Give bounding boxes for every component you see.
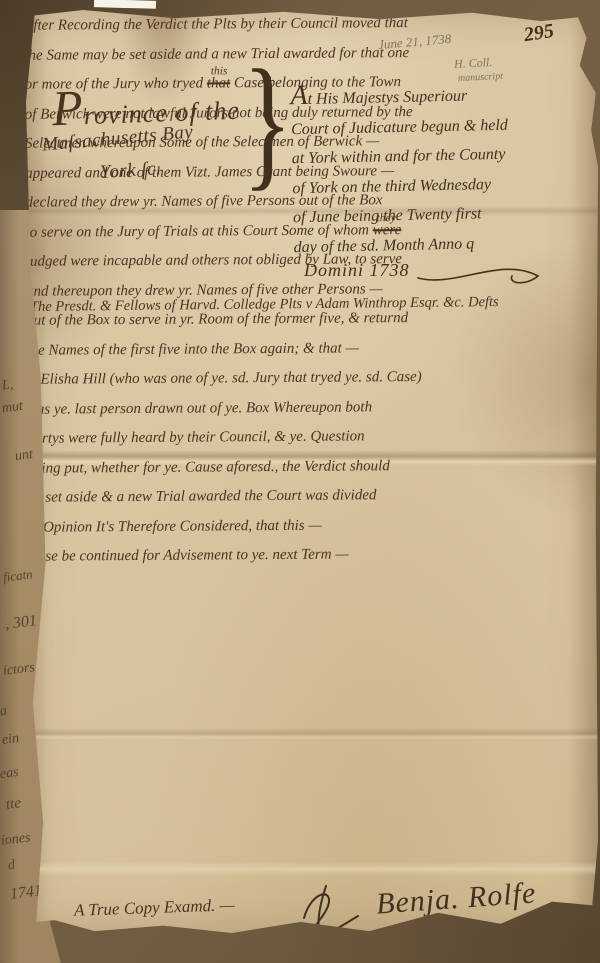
body-line-text: Case belonging to the Town	[230, 74, 401, 91]
margin-fragment: a	[0, 704, 8, 721]
body-line: and thereupon they drew yr. Names of fiv…	[26, 274, 520, 307]
body-line: partys were fully heard by their Council…	[27, 421, 521, 454]
inserted-word: they	[376, 204, 395, 234]
inserted-word: this	[211, 57, 228, 87]
fold-crease	[26, 728, 598, 740]
body-line: being put, whether for ye. Cause aforesd…	[27, 451, 521, 484]
margin-fragment: ictors	[2, 660, 36, 680]
body-line-text: to serve on the Jury of Trials at this C…	[26, 222, 373, 240]
body-line: the Same may be set aside and a new Tria…	[24, 38, 518, 71]
corrected-word: thisthat	[207, 69, 231, 99]
margin-fragment: d	[7, 858, 16, 875]
margin-fragment: ein	[1, 731, 20, 749]
body-line: Selectmen whereupon Some of the Selectme…	[25, 126, 519, 159]
body-line: in Opinion It's Therefore Considered, th…	[28, 510, 522, 543]
fold-crease	[26, 862, 598, 876]
signature: Benja. Rolfe	[375, 876, 537, 921]
margin-fragment: ficatn	[2, 566, 33, 585]
body-line: declared they drew yr. Names of five Per…	[25, 185, 519, 218]
body-line: or more of the Jury who tryed thisthat C…	[24, 67, 518, 100]
margin-fragment: mut	[1, 399, 24, 417]
attestation: A True Copy Examd. —	[74, 895, 235, 921]
body-line: = Elisha Hill (who was one of ye. sd. Ju…	[27, 362, 521, 395]
body-line: judged were incapable and others not obl…	[26, 244, 520, 277]
margin-fragment: tte	[5, 795, 22, 814]
body-line: Case be continued for Advisement to ye. …	[28, 539, 522, 572]
margin-fragment: L,	[1, 377, 14, 394]
scan-edge-gap	[94, 0, 156, 9]
margin-fragment: unt	[14, 447, 34, 465]
body-line: be set aside & a new Trial awarded the C…	[27, 480, 521, 513]
body-line: the Names of the first five into the Box…	[26, 333, 520, 366]
body-line: After Recording the Verdict the Plts by …	[24, 8, 518, 41]
manuscript-page: June 21, 1738 295 H. Coll. manuscript Pr…	[26, 10, 598, 933]
body-line: of Berwick were not lawful Jurors not be…	[25, 97, 519, 130]
body-line: was ye. last person drawn out of ye. Box…	[27, 392, 521, 425]
body-line: to serve on the Jury of Trials at this C…	[25, 215, 519, 248]
margin-fragment: iones	[0, 830, 31, 849]
clerk-flourish-mark	[298, 884, 362, 944]
body-line: out of the Box to serve in yr. Room of t…	[26, 303, 520, 336]
margin-fragment: eas	[0, 765, 20, 783]
clerk-abbreviation: Cler	[545, 921, 570, 939]
catalog-number: 295	[522, 20, 555, 47]
body-line: appeared and one of them Vizt. James Gra…	[25, 156, 519, 189]
manuscript-scan: L, mut unt ficatn , 301 ictors a ein eas…	[0, 0, 600, 963]
corrected-word: theywere	[373, 216, 402, 246]
body-text: After Recording the Verdict the Plts by …	[24, 8, 522, 572]
margin-fragment: , 301	[4, 612, 38, 634]
body-line-text: or more of the Jury who tryed	[25, 75, 207, 92]
